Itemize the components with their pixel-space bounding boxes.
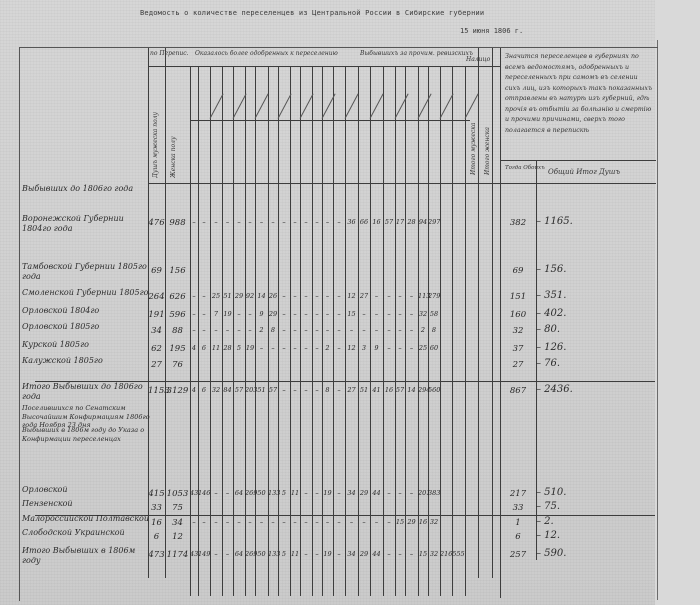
table-cell: 28	[405, 218, 418, 226]
table-cell: 12	[345, 292, 358, 300]
row-present-total: 867	[500, 386, 536, 396]
table-cell: 25	[210, 292, 222, 300]
table-cell: 32	[428, 518, 440, 526]
row-present-total: 69	[500, 266, 536, 276]
table-cell: 555	[452, 550, 465, 558]
table-cell: –	[395, 344, 405, 352]
table-cell: –	[255, 344, 268, 352]
table-cell: –	[333, 326, 345, 334]
row-grand-total: – 80.	[536, 324, 606, 335]
table-cell: 3129	[165, 386, 190, 396]
table-cell: –	[300, 344, 312, 352]
table-cell: 76	[165, 360, 190, 370]
table-cell: –	[345, 518, 358, 526]
table-cell: 195	[165, 344, 190, 354]
table-cell: –	[383, 489, 395, 497]
table-cell: 2	[255, 326, 268, 334]
table-cell: –	[190, 518, 198, 526]
table-cell: 8	[428, 326, 440, 334]
table-cell: –	[290, 344, 300, 352]
row-grand-total: – 75.	[536, 501, 606, 512]
table-cell: 27	[345, 386, 358, 394]
table-cell: 60	[428, 344, 440, 352]
header-group-census: по Перепис. ведомостям	[150, 50, 188, 57]
row-present-total: 33	[500, 503, 536, 513]
table-cell: 1153	[148, 386, 165, 396]
row-grand-total: – 2436.	[536, 384, 606, 395]
table-cell: 69	[148, 266, 165, 276]
table-cell: 596	[165, 310, 190, 320]
table-cell: –	[333, 550, 345, 558]
table-cell: –	[383, 326, 395, 334]
table-cell: 15	[395, 518, 405, 526]
table-cell: 19	[322, 489, 333, 497]
table-cell: 4	[190, 386, 198, 394]
table-cell: 294	[418, 386, 428, 394]
table-cell: 2	[418, 326, 428, 334]
row-label: Смоленской Губернии 1805го	[22, 288, 150, 298]
table-cell: –	[278, 218, 290, 226]
header-note: Значится переселенцев в губерниях по все…	[505, 52, 653, 136]
row-label: Орловской	[22, 485, 150, 495]
table-cell: 415	[148, 489, 165, 499]
table-cell: 34	[345, 550, 358, 558]
column-rule	[492, 48, 493, 578]
table-cell: 29	[358, 550, 370, 558]
table-cell: 14	[405, 386, 418, 394]
table-cell: –	[190, 310, 198, 318]
table-cell: –	[300, 310, 312, 318]
table-cell: 5	[278, 489, 290, 497]
table-cell: –	[245, 326, 255, 334]
row-grand-total: – 510.	[536, 487, 606, 498]
table-cell: 57	[268, 386, 278, 394]
table-cell: 36	[345, 218, 358, 226]
header-souls-female: Женска полу	[170, 78, 177, 178]
row-label: Воронежской Губернии 1804го года	[22, 214, 150, 234]
document-title: Ведомость о количестве переселенцев из Ц…	[140, 9, 560, 17]
table-cell: –	[395, 310, 405, 318]
table-cell: 27	[358, 292, 370, 300]
table-cell: –	[233, 310, 245, 318]
table-cell: –	[405, 550, 418, 558]
table-cell: –	[300, 489, 312, 497]
table-cell: 34	[148, 326, 165, 336]
row-grand-total: – 126.	[536, 342, 606, 353]
table-cell: 473	[148, 550, 165, 560]
table-cell: –	[345, 326, 358, 334]
table-cell: 3	[358, 344, 370, 352]
table-cell: –	[395, 326, 405, 334]
table-cell: –	[210, 518, 222, 526]
table-cell: 51	[222, 292, 233, 300]
table-cell: –	[290, 326, 300, 334]
table-cell: 12	[165, 532, 190, 542]
table-cell: 15	[345, 310, 358, 318]
table-cell: 6	[198, 344, 210, 352]
table-cell: 25	[418, 344, 428, 352]
table-cell: –	[198, 310, 210, 318]
row-present-total: 37	[500, 344, 536, 354]
table-cell: –	[312, 386, 322, 394]
table-cell: –	[383, 292, 395, 300]
row-present-total: 217	[500, 489, 536, 499]
header-note-signature: Общий Итог Душъ	[548, 168, 620, 176]
table-cell: –	[290, 386, 300, 394]
row-present-total: 382	[500, 218, 536, 228]
table-cell: 988	[165, 218, 190, 228]
table-cell: 11	[290, 550, 300, 558]
table-cell: –	[233, 518, 245, 526]
table-cell: 113	[418, 292, 428, 300]
table-cell: –	[405, 292, 418, 300]
table-cell: –	[245, 518, 255, 526]
table-cell: –	[290, 218, 300, 226]
table-cell: –	[210, 218, 222, 226]
table-cell: 15	[418, 550, 428, 558]
table-cell: –	[268, 218, 278, 226]
table-cell: 28	[222, 344, 233, 352]
table-cell: 57	[233, 386, 245, 394]
table-cell: –	[405, 310, 418, 318]
table-cell: –	[312, 292, 322, 300]
table-cell: –	[405, 489, 418, 497]
row-label: Выбывших до 1806го года	[22, 184, 150, 194]
table-cell: 216	[440, 550, 452, 558]
column-rule	[465, 66, 466, 596]
table-cell: 75	[165, 503, 190, 513]
row-label: Орловской 1805го	[22, 322, 150, 332]
table-cell: –	[222, 218, 233, 226]
table-cell: –	[198, 218, 210, 226]
table-cell: 66	[358, 218, 370, 226]
table-cell: –	[290, 518, 300, 526]
table-cell: –	[278, 518, 290, 526]
table-cell: 57	[395, 386, 405, 394]
table-cell: 7	[210, 310, 222, 318]
table-cell: 19	[245, 344, 255, 352]
table-cell: –	[278, 292, 290, 300]
table-cell: 12	[345, 344, 358, 352]
table-cell: –	[358, 326, 370, 334]
table-cell: –	[222, 326, 233, 334]
table-cell: –	[358, 310, 370, 318]
table-cell: 11	[290, 489, 300, 497]
header-group-present: Налицо	[466, 56, 498, 63]
table-cell: –	[322, 292, 333, 300]
header-rule	[500, 160, 656, 161]
table-cell: 133	[268, 550, 278, 558]
table-cell: –	[405, 326, 418, 334]
row-label: Тамбовской Губернии 1805го года	[22, 262, 150, 282]
table-cell: 19	[222, 310, 233, 318]
table-cell: –	[395, 292, 405, 300]
table-cell: 297	[428, 218, 440, 226]
row-label: Пензенской	[22, 499, 150, 509]
table-cell: 11	[210, 344, 222, 352]
header-group-departed: Выбывшихъ за прочим. ревизскихъ душъ	[360, 50, 475, 57]
table-cell: –	[322, 310, 333, 318]
table-cell: 149	[198, 550, 210, 558]
table-cell: 4	[190, 344, 198, 352]
table-cell: 27	[148, 360, 165, 370]
row-present-total: 151	[500, 292, 536, 302]
table-cell: –	[300, 218, 312, 226]
table-cell: 64	[233, 489, 245, 497]
table-cell: 44	[370, 550, 383, 558]
table-cell: 51	[358, 386, 370, 394]
table-cell: –	[312, 518, 322, 526]
table-cell: 34	[165, 518, 190, 528]
table-cell: –	[322, 218, 333, 226]
table-cell: –	[333, 292, 345, 300]
row-label: Калужской 1805го	[22, 356, 150, 366]
table-cell: –	[333, 218, 345, 226]
table-cell: –	[312, 344, 322, 352]
table-cell: 16	[148, 518, 165, 528]
table-cell: –	[198, 326, 210, 334]
row-label: Курской 1805го	[22, 340, 150, 350]
column-rule	[440, 66, 441, 596]
table-cell: –	[210, 489, 222, 497]
table-cell: 156	[165, 266, 190, 276]
header-rule	[148, 66, 500, 67]
table-cell: –	[383, 550, 395, 558]
table-cell: 34	[345, 489, 358, 497]
table-cell: 29	[405, 518, 418, 526]
table-cell: –	[190, 326, 198, 334]
table-cell: –	[395, 489, 405, 497]
table-cell: –	[300, 326, 312, 334]
table-cell: 5	[278, 550, 290, 558]
table-cell: 6	[148, 532, 165, 542]
table-cell: 16	[418, 518, 428, 526]
table-cell: –	[395, 550, 405, 558]
row-grand-total: – 12.	[536, 530, 606, 541]
row-present-total: 32	[500, 326, 536, 336]
table-cell: 33	[148, 503, 165, 513]
table-cell: 84	[222, 386, 233, 394]
table-cell: 5	[233, 344, 245, 352]
row-label: Итого Выбывших до 1806го года	[22, 382, 150, 402]
table-cell: 16	[370, 218, 383, 226]
table-cell: 57	[383, 218, 395, 226]
table-cell: 92	[245, 292, 255, 300]
table-cell: –	[300, 518, 312, 526]
table-cell: 476	[148, 218, 165, 228]
table-cell: –	[222, 550, 233, 558]
table-cell: –	[210, 326, 222, 334]
table-cell: 44	[370, 489, 383, 497]
column-rule	[452, 66, 453, 596]
table-cell: –	[370, 326, 383, 334]
table-cell: –	[278, 344, 290, 352]
row-grand-total: – 1165.	[536, 216, 606, 227]
table-cell: 94	[418, 218, 428, 226]
table-cell: 1053	[165, 489, 190, 499]
row-present-total: 257	[500, 550, 536, 560]
table-cell: 191	[148, 310, 165, 320]
table-cell: 1174	[165, 550, 190, 560]
table-cell: –	[255, 518, 268, 526]
row-grand-total: – 76.	[536, 358, 606, 369]
row-label: Слободской Украинской	[22, 528, 150, 538]
document-date: 15 июня 1806 г.	[460, 27, 523, 35]
table-cell: –	[300, 386, 312, 394]
table-cell: –	[383, 310, 395, 318]
table-cell: –	[198, 292, 210, 300]
table-cell: 62	[148, 344, 165, 354]
table-cell: –	[233, 218, 245, 226]
table-cell: 26	[268, 292, 278, 300]
table-cell: 16	[383, 386, 395, 394]
table-cell: 29	[233, 292, 245, 300]
row-grand-total: – 156.	[536, 264, 606, 275]
table-cell: 50	[255, 489, 268, 497]
table-cell: 560	[428, 386, 440, 394]
table-cell: –	[255, 218, 268, 226]
table-cell: –	[312, 489, 322, 497]
table-cell: 19	[322, 550, 333, 558]
table-cell: –	[233, 326, 245, 334]
column-rule	[478, 48, 479, 578]
header-group-approved: Оказалось более одобренных к переселению	[195, 50, 355, 57]
row-grand-total: – 590.	[536, 548, 606, 559]
table-cell: –	[222, 489, 233, 497]
table-cell: –	[322, 326, 333, 334]
table-cell: –	[210, 550, 222, 558]
table-cell: –	[300, 292, 312, 300]
table-cell: 8	[268, 326, 278, 334]
table-cell: 51	[255, 386, 268, 394]
table-cell: 50	[255, 550, 268, 558]
table-cell: 264	[148, 292, 165, 302]
row-grand-total: – 2.	[536, 516, 606, 527]
table-cell: –	[190, 292, 198, 300]
header-total-female: Итого женска	[484, 90, 491, 175]
table-cell: 626	[165, 292, 190, 302]
page-edge	[655, 0, 700, 605]
table-cell: –	[312, 326, 322, 334]
table-cell: 43	[190, 550, 198, 558]
table-cell: –	[312, 218, 322, 226]
table-cell: 17	[395, 218, 405, 226]
table-cell: 43	[190, 489, 198, 497]
table-cell: –	[333, 386, 345, 394]
table-cell: 8	[322, 386, 333, 394]
header-souls-male: Душъ мужеска полу	[152, 78, 159, 178]
row-label: Орловской 1804го	[22, 306, 150, 316]
table-cell: 88	[165, 326, 190, 336]
table-cell: –	[322, 518, 333, 526]
table-cell: –	[333, 344, 345, 352]
table-cell: 32	[418, 310, 428, 318]
table-cell: 32	[210, 386, 222, 394]
table-cell: –	[383, 518, 395, 526]
row-grand-total: – 402.	[536, 308, 606, 319]
table-cell: –	[333, 310, 345, 318]
table-cell: –	[278, 386, 290, 394]
table-cell: –	[198, 518, 210, 526]
header-rule	[148, 183, 656, 184]
table-cell: –	[190, 218, 198, 226]
table-cell: –	[358, 518, 370, 526]
table-cell: –	[268, 518, 278, 526]
table-cell: 201	[418, 489, 428, 497]
table-cell: 29	[268, 310, 278, 318]
table-cell: –	[333, 489, 345, 497]
table-cell: –	[245, 310, 255, 318]
table-cell: 269	[245, 550, 255, 558]
table-cell: –	[290, 292, 300, 300]
table-cell: 203	[245, 386, 255, 394]
table-cell: 9	[370, 344, 383, 352]
table-cell: –	[370, 310, 383, 318]
row-present-total: 1	[500, 518, 536, 528]
table-cell: –	[245, 218, 255, 226]
table-cell: 383	[428, 489, 440, 497]
table-cell: 29	[358, 489, 370, 497]
table-cell: 64	[233, 550, 245, 558]
table-cell: 14	[255, 292, 268, 300]
table-cell: –	[290, 310, 300, 318]
table-cell: 32	[428, 550, 440, 558]
table-cell: –	[405, 344, 418, 352]
table-cell: –	[278, 326, 290, 334]
table-cell: 279	[428, 292, 440, 300]
table-cell: –	[312, 550, 322, 558]
row-present-total: 6	[500, 532, 536, 542]
table-cell: 269	[245, 489, 255, 497]
table-cell: –	[370, 292, 383, 300]
header-note-foot: Тогда Обоихъ	[505, 165, 545, 172]
table-cell: –	[312, 310, 322, 318]
table-cell: –	[268, 344, 278, 352]
row-label: Итого Выбывших в 1806м году	[22, 546, 150, 566]
row-label: Малороссийской Полтавской	[22, 514, 150, 524]
row-present-total: 27	[500, 360, 536, 370]
row-present-total: 160	[500, 310, 536, 320]
row-label: Выбывших в 1806м году до Указа о Конфирм…	[22, 426, 150, 443]
table-cell: 58	[428, 310, 440, 318]
table-cell: –	[278, 310, 290, 318]
table-cell: 2	[322, 344, 333, 352]
table-cell: –	[300, 550, 312, 558]
table-cell: 41	[370, 386, 383, 394]
table-cell: –	[222, 518, 233, 526]
header-rule	[190, 120, 470, 121]
row-grand-total: – 351.	[536, 290, 606, 301]
table-cell: 146	[198, 489, 210, 497]
table-cell: –	[333, 518, 345, 526]
table-cell: –	[383, 344, 395, 352]
table-cell: –	[370, 518, 383, 526]
table-cell: 133	[268, 489, 278, 497]
table-cell: 9	[255, 310, 268, 318]
table-cell: 6	[198, 386, 210, 394]
